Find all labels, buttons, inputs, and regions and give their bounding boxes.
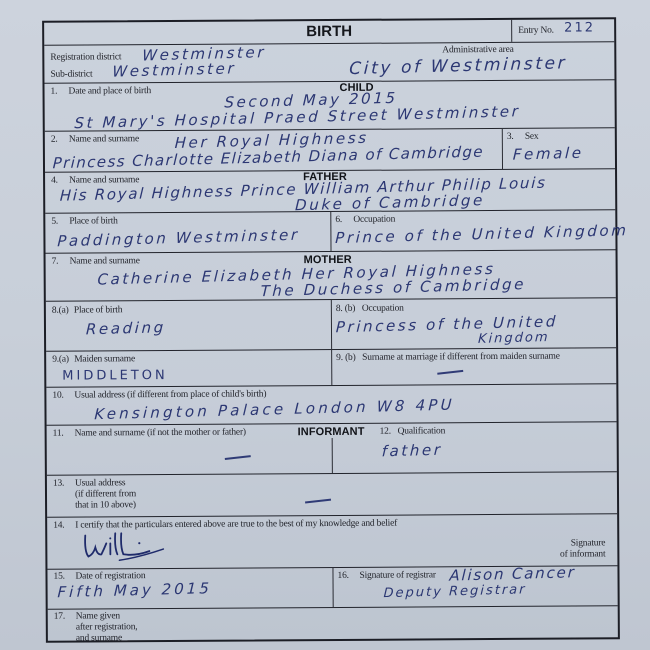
sub-district-label: Sub-district: [50, 69, 92, 80]
field-8a-label: 8.(a)Place of birth: [52, 305, 122, 316]
field-8a-value: Reading: [86, 318, 167, 338]
field-8-row: 8.(a)Place of birth Reading 8. (b)Occupa…: [46, 298, 616, 351]
field-14-row: 14.I certify that the particulars entere…: [47, 514, 617, 569]
field-9b-value-dash: [437, 370, 463, 375]
field-17-label: 17.Name given after registration, and su…: [54, 611, 138, 645]
field-9b-label: 9. (b)Surname at marriage if different f…: [336, 352, 560, 364]
field-5-value: Paddington Westminster: [57, 226, 300, 251]
field-2-3-row: 2.Name and surname Her Royal Highness Pr…: [45, 128, 615, 172]
field-8b-label: 8. (b)Occupation: [336, 304, 404, 315]
administrative-area-value: City of Westminster: [349, 53, 568, 79]
registrar-signature: Alison Cancer: [449, 563, 576, 584]
field-10-row: 10.Usual address (if different from plac…: [46, 384, 616, 425]
field-3-value: Female: [513, 144, 585, 164]
field-6-label: 6.Occupation: [335, 215, 395, 226]
sub-district-value: Westminster: [112, 59, 237, 80]
field-16-cell: 16.Signature of registrar Alison Cancer …: [332, 566, 617, 607]
field-17-row: 17.Name given after registration, and su…: [48, 606, 618, 642]
field-6-cell: 6.Occupation Prince of the United Kingdo…: [330, 210, 615, 251]
registration-district-label: Registration district: [50, 52, 121, 63]
title-row: BIRTH Entry No. 212: [44, 19, 614, 45]
field-11-value-dash: [225, 455, 251, 460]
field-7-row: 7.Name and surname MOTHER Catherine Eliz…: [46, 250, 616, 301]
field-13-value-dash: [305, 499, 331, 504]
field-11-label: 11.Name and surname (if not the mother o…: [53, 428, 246, 440]
field-1-label: 1.Date and place of birth: [51, 86, 152, 98]
district-row: Registration district Westminster Sub-di…: [44, 42, 614, 83]
entry-no-value: 212: [564, 20, 595, 35]
field-3-cell: 3.Sex Female: [502, 128, 615, 169]
field-13-row: 13.Usual address (if different from that…: [47, 472, 617, 517]
field-9a-value: MIDDLETON: [62, 368, 168, 384]
signature-of-informant-label: Signature of informant: [560, 538, 605, 560]
field-16-label: 16.Signature of registrar: [337, 570, 435, 582]
field-12-label: 12.Qualification: [380, 426, 446, 437]
field-15-16-row: 15.Date of registration Fifth May 2015 1…: [47, 566, 617, 609]
birth-certificate-form: BIRTH Entry No. 212 Registration distric…: [42, 17, 620, 642]
field-4-row: 4.Name and surname FATHER His Royal High…: [45, 169, 615, 213]
field-9b-cell: 9. (b)Surname at marriage if different f…: [331, 348, 616, 385]
field-12-cell: 12.Qualification father: [332, 422, 617, 473]
field-11-12-row: 11.Name and surname (if not the mother o…: [47, 422, 617, 475]
field-2-label: 2.Name and surname: [51, 134, 139, 146]
field-3-label: 3.Sex: [507, 132, 539, 143]
field-1-row: 1.Date and place of birth CHILD Second M…: [44, 80, 614, 131]
field-7-label: 7.Name and surname: [52, 256, 140, 268]
informant-signature: William: [79, 529, 169, 566]
field-15-value: Fifth May 2015: [57, 579, 212, 601]
field-12-divider: [332, 438, 333, 473]
field-5-6-row: 5.Place of birth Paddington Westminster …: [45, 210, 615, 253]
field-13-label: 13.Usual address (if different from that…: [53, 478, 136, 512]
field-5-label: 5.Place of birth: [51, 216, 117, 227]
field-9a-label: 9.(a)Maiden surname: [52, 354, 135, 366]
field-8b-cell: 8. (b)Occupation Princess of the United …: [331, 298, 616, 349]
entry-no-label: Entry No.: [518, 26, 554, 37]
field-9-row: 9.(a)Maiden surname MIDDLETON 9. (b)Surn…: [46, 348, 616, 387]
registrar-title: Deputy Registrar: [383, 582, 527, 601]
field-8b-value-line2: Kingdom: [478, 330, 550, 347]
field-12-value: father: [381, 441, 443, 461]
field-10-label: 10.Usual address (if different from plac…: [52, 389, 266, 401]
entry-no-cell: Entry No. 212: [511, 19, 614, 42]
